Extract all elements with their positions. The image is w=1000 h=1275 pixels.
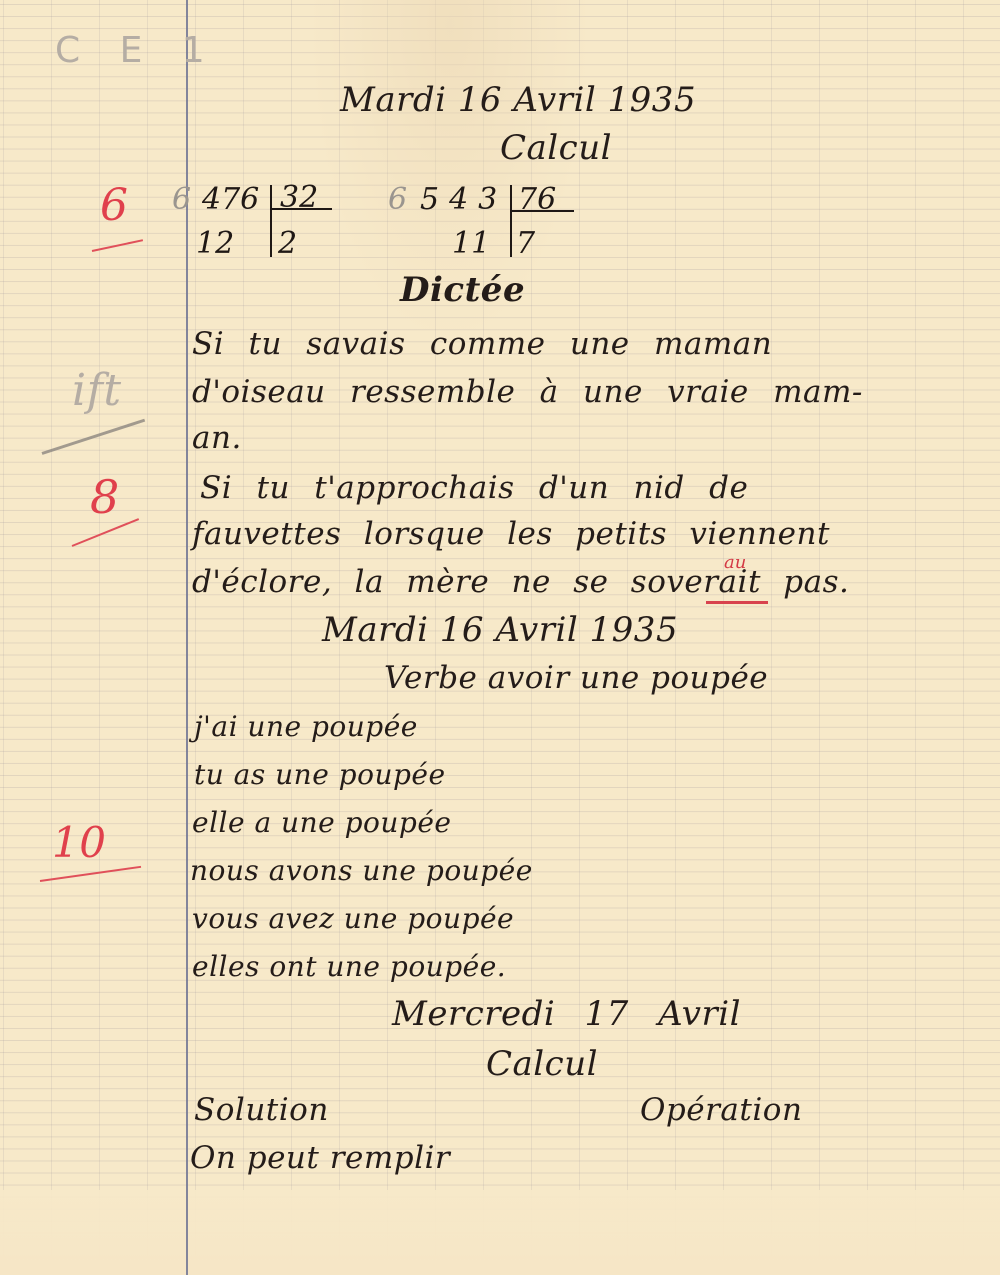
conjugation-line-3: elle a une poupée [192,806,451,839]
teacher-correction: au [724,552,746,573]
dictee-pencil-underline [42,419,146,455]
division-2-vertical-bar [510,185,512,257]
dictee-pencil-grade: ift [72,365,122,416]
division-2-marker: 6 [388,182,407,217]
division-1-horizontal-bar [272,208,332,210]
verbe-heading: Verbe avoir une poupée [384,660,768,696]
division-2-dividend: 543 [420,182,507,217]
conjugation-line-4: nous avons une poupée [190,854,533,887]
conjugation-line-1: j'ai une poupée [194,710,418,743]
division-1-quotient: 2 [278,226,297,261]
solution-text: On peut remplir [190,1140,450,1176]
date-heading-3: Mercredi 17 Avril [392,994,741,1034]
conjugation-line-6: elles ont une poupée. [192,950,506,983]
verbe-grade-underline [40,866,141,882]
calcul-grade-underline [92,239,143,252]
calcul-grade: 6 [100,180,129,231]
dictee-line-4: Si tu t'approchais d'un nid de [200,470,748,506]
conjugation-line-5: vous avez une poupée [192,902,514,935]
page-lower-blank-area [0,1190,1000,1275]
dictee-line-1: Si tu savais comme une maman [192,326,772,362]
dictee-line-2: d'oiseau ressemble à une vraie mam- [192,374,863,410]
conjugation-line-2: tu as une poupée [194,758,446,791]
class-label: C E 1 [55,30,219,71]
dictee-line-6: d'éclore, la mère ne se soverait pas. [192,564,849,600]
division-1-dividend: 476 [202,182,259,217]
division-2-remainder: 11 [452,226,490,261]
date-heading-2: Mardi 16 Avril 1935 [322,610,678,650]
date-heading-1: Mardi 16 Avril 1935 [340,80,696,120]
dictee-line-3: an. [192,420,242,456]
dictee-grade: 8 [90,470,120,524]
solution-label: Solution [194,1092,329,1128]
teacher-correction-underline [706,601,768,604]
operation-label: Opération [640,1092,802,1128]
calcul-heading-2: Calcul [486,1044,598,1084]
dictee-line-5: fauvettes lorsque les petits viennent [192,516,830,552]
verbe-grade: 10 [52,818,106,867]
calcul-heading-1: Calcul [500,128,612,168]
division-2-horizontal-bar [512,210,574,212]
division-1-remainder: 12 [196,226,234,261]
division-2-quotient: 7 [516,226,535,261]
notebook-page: C E 1 6 ift 8 10 Mardi 16 Avril 1935 Cal… [0,0,1000,1275]
division-1-marker: 6 [172,182,191,217]
dictee-heading: Dictée [400,270,525,310]
division-1-vertical-bar [270,185,272,257]
